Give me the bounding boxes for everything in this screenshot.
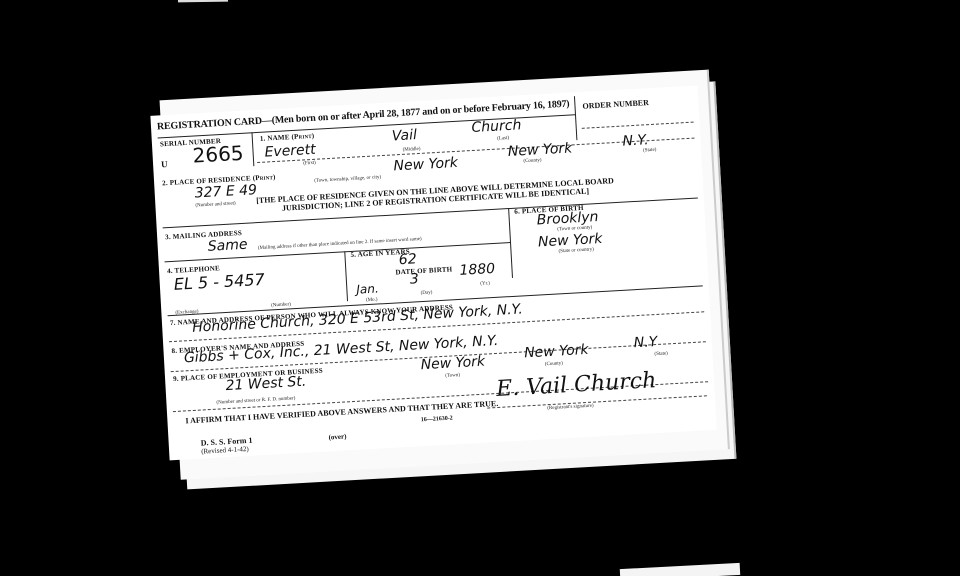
serial-prefix: U xyxy=(161,159,168,169)
age-value: 62 xyxy=(398,251,417,268)
employment-street: 21 West St. xyxy=(225,374,307,394)
month-caption: (Mo.) xyxy=(366,298,378,304)
registration-card: REGISTRATION CARD—(Men born on or after … xyxy=(150,85,716,460)
employment-state-caption: (State) xyxy=(654,351,668,357)
middle-caption: (Middle) xyxy=(403,147,421,153)
registrant-signature: E. Vail Church xyxy=(496,368,657,402)
first-name: Everett xyxy=(264,142,316,161)
residence-county: New York xyxy=(508,140,573,160)
residence-town: New York xyxy=(393,155,458,175)
form-number: D. S. S. Form 1 (Revised 4-1-42) xyxy=(200,436,253,457)
employment-county-caption: (County) xyxy=(545,361,563,367)
middle-name: Vail xyxy=(391,127,417,144)
dob-year: 1880 xyxy=(459,261,495,279)
serial-number-value: 2665 xyxy=(192,141,244,168)
order-number-label: ORDER NUMBER xyxy=(582,98,649,111)
mailing-address-value: Same xyxy=(207,237,248,255)
dob-month: Jan. xyxy=(356,281,379,296)
state-caption: (State) xyxy=(643,148,657,154)
first-caption: (First) xyxy=(303,161,316,167)
form-revised: (Revised 4-1-42) xyxy=(201,445,253,457)
dob-label: DATE OF BIRTH xyxy=(395,265,452,276)
employment-town-caption: (Town) xyxy=(445,373,460,379)
paper-scrap-bottom xyxy=(620,563,740,576)
over-label: (over) xyxy=(328,432,346,441)
card-stack: REGISTRATION CARD—(Men born on or after … xyxy=(149,60,731,501)
residence-state: N.Y. xyxy=(622,132,649,149)
town-caption: (Town, township, village, or city) xyxy=(314,175,381,184)
last-name: Church xyxy=(471,117,522,136)
employment-state: N.Y xyxy=(633,334,657,351)
print-code: 16—21630-2 xyxy=(421,416,453,424)
order-number-line xyxy=(582,122,694,129)
name-label: 1. NAME (Print) xyxy=(260,132,315,143)
year-caption: (Yr.) xyxy=(480,281,490,287)
age-divider xyxy=(344,251,348,301)
employment-town: New York xyxy=(420,354,485,374)
county-caption: (County) xyxy=(523,158,541,164)
day-caption: (Day) xyxy=(421,290,433,296)
employment-county: New York xyxy=(524,342,589,362)
telephone-value: EL 5 - 5457 xyxy=(173,270,265,294)
last-caption: (Last) xyxy=(497,136,509,142)
serial-divider xyxy=(251,132,254,166)
birthplace-state-caption: (State or country) xyxy=(558,247,594,254)
paper-scrap-top xyxy=(178,0,228,2)
dob-day: 3 xyxy=(409,271,419,287)
order-divider xyxy=(574,96,577,140)
